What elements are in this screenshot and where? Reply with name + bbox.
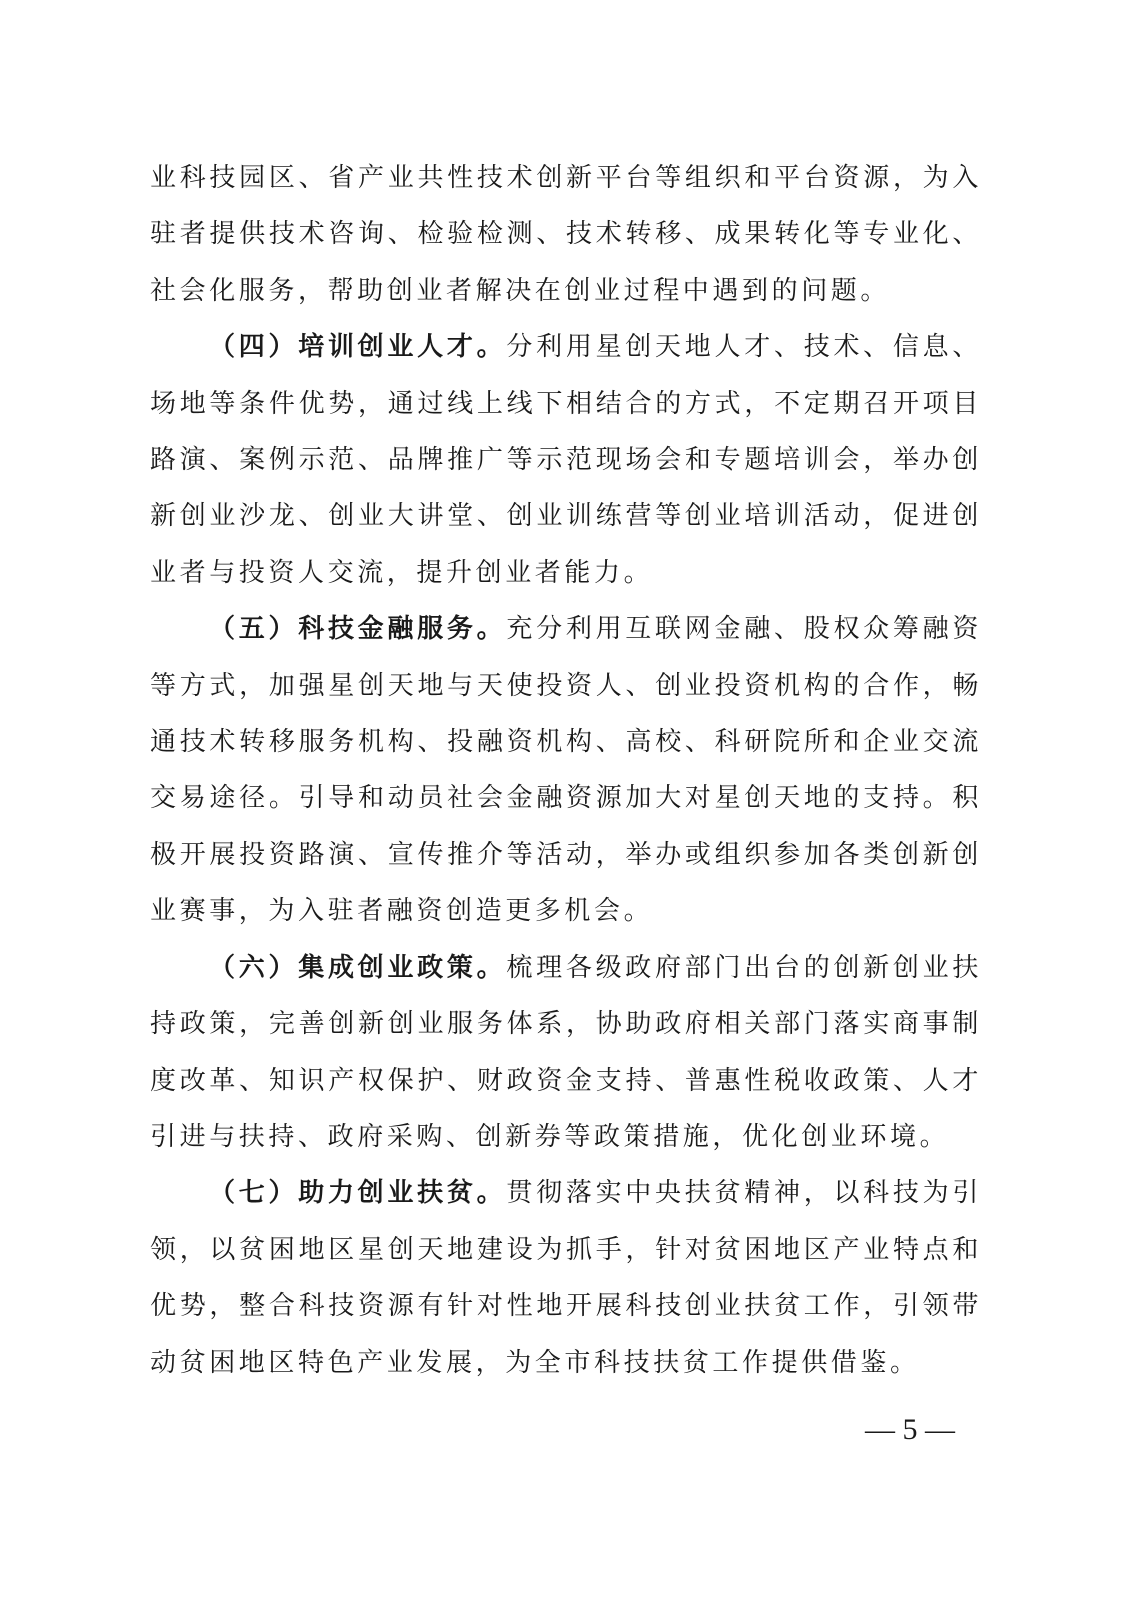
paragraph-text: 充分利用互联网金融、股权众筹融资等方式，加强星创天地与天使投资人、创业投资机构的… — [150, 614, 982, 926]
paragraph-tech-finance: （五）科技金融服务。充分利用互联网金融、股权众筹融资等方式，加强星创天地与天使投… — [150, 601, 982, 939]
paragraph-policy: （六）集成创业政策。梳理各级政府部门出台的创新创业扶持政策，完善创新创业服务体系… — [150, 940, 982, 1166]
paragraph-poverty-alleviation: （七）助力创业扶贫。贯彻落实中央扶贫精神，以科技为引领，以贫困地区星创天地建设为… — [150, 1165, 982, 1391]
paragraph-text: 业科技园区、省产业共性技术创新平台等组织和平台资源，为入驻者提供技术咨询、检验检… — [150, 163, 982, 306]
section-heading-5: （五）科技金融服务。 — [209, 614, 506, 644]
paragraph-text: 分利用星创天地人才、技术、信息、场地等条件优势，通过线上线下相结合的方式，不定期… — [150, 332, 982, 588]
paragraph-training-talent: （四）培训创业人才。分利用星创天地人才、技术、信息、场地等条件优势，通过线上线下… — [150, 319, 982, 601]
page-number: — 5 — — [860, 1410, 960, 1450]
document-body: 业科技园区、省产业共性技术创新平台等组织和平台资源，为入驻者提供技术咨询、检验检… — [150, 150, 982, 1391]
paragraph-continuation: 业科技园区、省产业共性技术创新平台等组织和平台资源，为入驻者提供技术咨询、检验检… — [150, 150, 982, 319]
section-heading-6: （六）集成创业政策。 — [209, 953, 506, 983]
section-heading-7: （七）助力创业扶贫。 — [209, 1178, 506, 1208]
section-heading-4: （四）培训创业人才。 — [209, 332, 506, 362]
